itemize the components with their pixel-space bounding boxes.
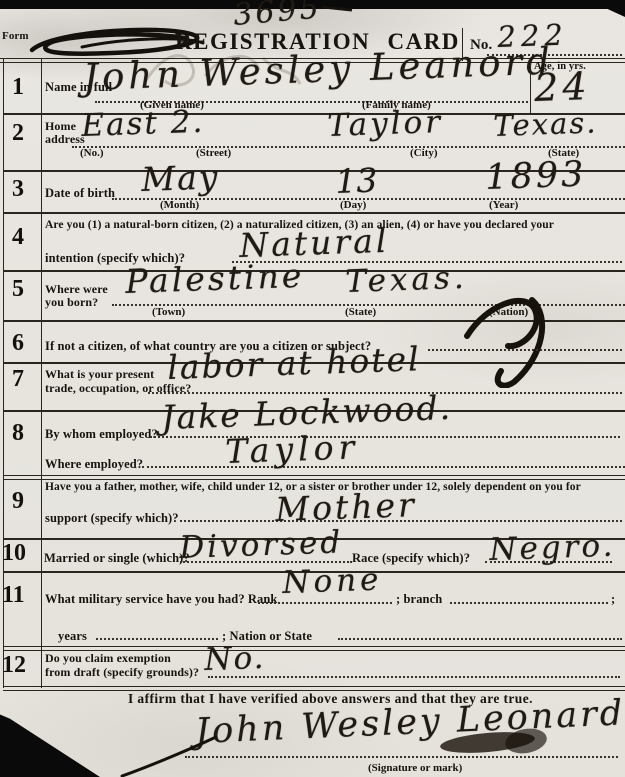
row-number-6: 6: [12, 330, 24, 357]
row-divider-4: [3, 270, 625, 272]
race-value: Negro.: [489, 528, 616, 568]
address-state-value: Texas.: [493, 105, 598, 143]
military-branch-leader: [450, 602, 608, 604]
exemption-value: No.: [204, 640, 266, 678]
row-number-11: 11: [2, 582, 25, 609]
row-number-2: 2: [12, 120, 24, 147]
row-number-12: 12: [2, 652, 26, 679]
address-street-value: East 2.: [81, 104, 205, 144]
birth-month-value: May: [141, 157, 220, 199]
address-city-caption: (City): [410, 147, 438, 159]
row-number-3: 3: [12, 176, 24, 203]
row-number-4: 4: [12, 224, 24, 251]
trade-value: labor at hotel: [167, 339, 422, 387]
row-number-10: 10: [2, 540, 26, 567]
military-rank-leader: [258, 602, 392, 604]
military-years-label: years: [58, 629, 87, 643]
employer-label: By whom employed?: [45, 427, 158, 441]
military-rank-value: None: [282, 562, 383, 601]
address-no-caption: (No.): [80, 147, 104, 159]
birthplace-town-caption: (Town): [152, 306, 185, 318]
birthplace-town-value: Palestine: [125, 256, 305, 301]
trade-label-1: What is your present: [45, 368, 154, 381]
birthplace-state-value: Texas.: [345, 260, 469, 300]
row-number-5: 5: [12, 276, 24, 303]
row-number-7: 7: [12, 366, 24, 393]
dependents-question-2: support (specify which)?: [45, 511, 179, 525]
military-branch-label: ; branch: [396, 592, 442, 606]
military-nation-leader: [338, 638, 622, 640]
exemption-leader: [208, 676, 620, 678]
birth-label: Date of birth: [45, 186, 115, 200]
birth-year-value: 1893: [485, 154, 587, 198]
exemption-question-2: from draft (specify grounds)?: [45, 666, 199, 679]
exemption-question-1: Do you claim exemption: [45, 652, 171, 665]
signature-tail-stroke: [120, 735, 220, 777]
row-divider-3: [3, 212, 625, 214]
military-years-leader: [96, 638, 218, 640]
birthplace-state-caption: (State): [345, 306, 376, 318]
registration-card-scan: 3695 Form REGISTRATION CARD No. 222 1 Na…: [0, 0, 625, 777]
birthplace-label-2: you born?: [45, 296, 98, 309]
age-value: 24: [533, 64, 591, 110]
row-number-8: 8: [12, 420, 24, 447]
dependents-value: Mother: [275, 485, 418, 529]
employer-leader: [150, 436, 620, 438]
home-address-label-2: address: [45, 133, 85, 146]
age-box-divider: [530, 60, 531, 113]
scan-corner-bottom-left: [0, 706, 100, 777]
where-employed-label: Where employed?: [45, 457, 143, 471]
foreign-citizen-leader: [428, 349, 622, 351]
birth-year-caption: (Year): [489, 199, 518, 211]
military-question: What military service have you had? Rank: [45, 592, 277, 606]
row-number-1: 1: [12, 74, 24, 101]
address-leader: [72, 146, 625, 148]
signature-caption: (Signature or mark): [368, 762, 462, 774]
birth-day-caption: (Day): [340, 199, 366, 211]
marital-value: Divorsed: [179, 524, 344, 566]
military-branch-end: ;: [611, 592, 615, 606]
where-employed-value: Taylor: [225, 427, 360, 471]
row-number-9: 9: [12, 488, 24, 515]
address-city-value: Taylor: [327, 104, 444, 144]
signature-leader: [185, 756, 618, 758]
number-column-divider: [41, 58, 42, 688]
birth-day-value: 13: [335, 161, 378, 201]
where-employed-leader: [142, 466, 625, 468]
birth-month-caption: (Month): [160, 199, 199, 211]
nation-scribble: [452, 288, 577, 388]
marital-label: Married or single (which)?: [44, 551, 190, 565]
